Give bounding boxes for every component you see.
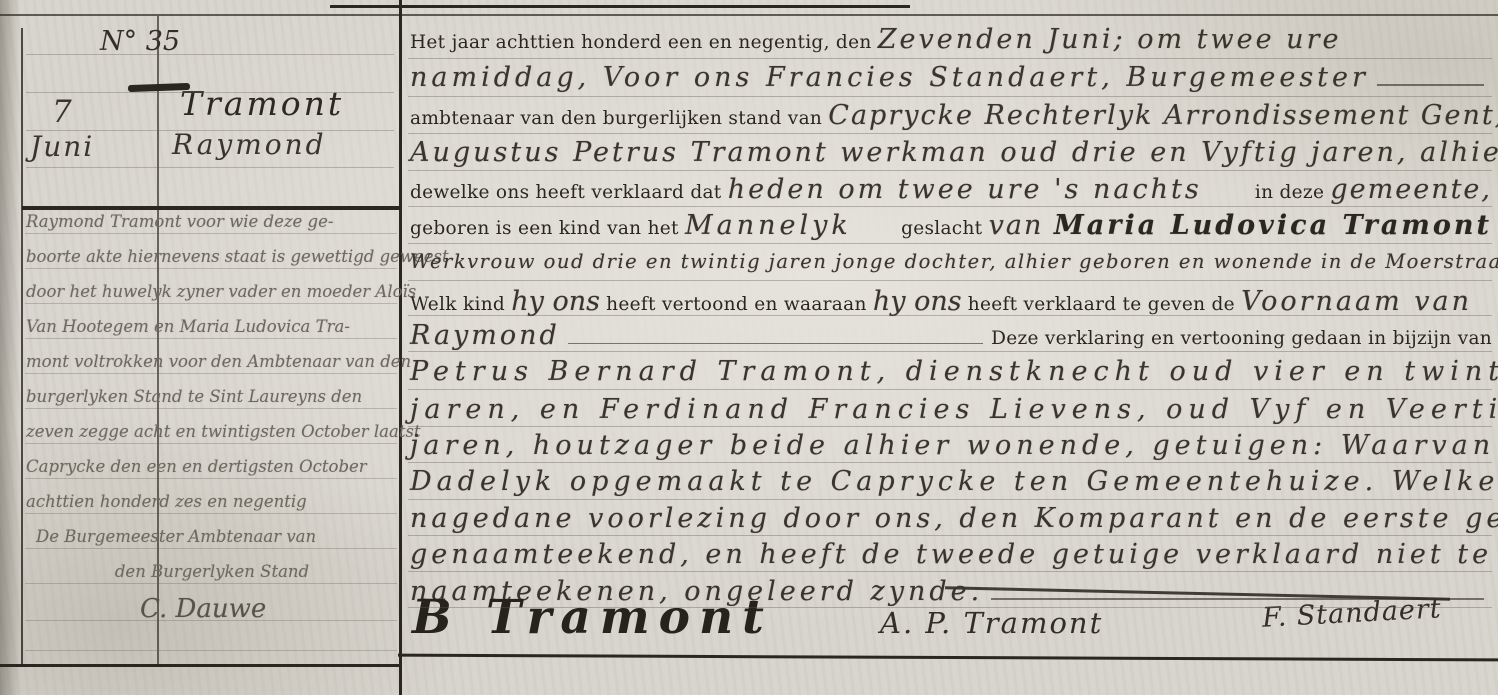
rule-line xyxy=(408,206,1492,207)
rule-line xyxy=(408,462,1492,463)
handwritten-text: van xyxy=(989,210,1054,241)
akte-surname: Tramont xyxy=(180,84,344,123)
margin-note-line: Caprycke den een en dertigsten October xyxy=(26,457,398,476)
rule-line xyxy=(408,426,1492,427)
margin-note-line: Van Hootegem en Maria Ludovica Tra- xyxy=(26,317,398,336)
printed-text: geslacht xyxy=(901,218,989,239)
margin-note-line: De Burgemeester Ambtenaar van xyxy=(36,527,408,546)
rule-line xyxy=(25,233,397,234)
akte-day: 7 xyxy=(52,94,72,130)
signature-witness: A. P. Tramont xyxy=(880,606,1103,640)
margin-note-line: burgerlyken Stand te Sint Laureyns den xyxy=(26,387,398,406)
rule-line xyxy=(26,92,394,93)
handwritten-text: Zevenden Juni; om twee ure xyxy=(878,24,1342,55)
handwritten-text: heden om twee ure 's nachts xyxy=(728,174,1202,205)
body-line: nagedane voorlezing door ons, den Kompar… xyxy=(410,503,1492,534)
printed-text: heeft verklaard te geven de xyxy=(962,294,1241,315)
margin-note-line: mont voltrokken voor den Ambtenaar van d… xyxy=(26,352,398,371)
body-line: jaren, houtzager beide alhier wonende, g… xyxy=(410,430,1492,461)
printed-text: Het jaar achttien honderd een en negenti… xyxy=(410,32,878,53)
body-line: ambtenaar van den burgerlijken stand van… xyxy=(410,100,1492,131)
birth-record-scan: N° 35 7 Juni Tramont Raymond Raymond Tra… xyxy=(0,0,1498,695)
handwritten-text: genaamteekend, en heeft de tweede getuig… xyxy=(410,539,1498,570)
rule-line xyxy=(25,583,397,584)
rule-line xyxy=(25,650,397,651)
rule-line xyxy=(408,499,1492,500)
printed-text: ambtenaar van den burgerlijken stand van xyxy=(410,108,828,129)
rule-line xyxy=(25,373,397,374)
rule-line xyxy=(26,167,394,168)
left-column-heavy-rule xyxy=(22,206,399,210)
rule-line xyxy=(25,338,397,339)
rule-line xyxy=(25,548,397,549)
rule-line xyxy=(408,243,1492,244)
handwritten-text: Caprycke Rechterlyk Arrondissement Gent, xyxy=(828,100,1498,131)
body-line: RaymondDeze verklaring en vertooning ged… xyxy=(410,320,1492,351)
rule-line xyxy=(26,54,394,55)
rule-line xyxy=(408,535,1492,536)
handwritten-text: jaren, houtzager beide alhier wonende, g… xyxy=(410,430,1498,461)
printed-text: Welk kind xyxy=(410,294,511,315)
signature-declarant: B Tramont xyxy=(412,590,773,645)
margin-note-line: den Burgerlyken Stand xyxy=(26,562,398,581)
akte-number: N° 35 xyxy=(100,26,180,57)
handwritten-text: nagedane voorlezing door ons, den Kompar… xyxy=(410,503,1498,534)
top-border-heavy xyxy=(330,5,910,8)
rule-line xyxy=(408,571,1492,572)
handwritten-text: Petrus Bernard Tramont, dienstknecht oud… xyxy=(410,356,1498,387)
blank-stroke xyxy=(1377,84,1484,86)
rule-line xyxy=(408,315,1492,316)
top-border-thin xyxy=(0,14,1498,16)
rule-line xyxy=(25,408,397,409)
printed-text: Deze verklaring en vertooning gedaan in … xyxy=(991,328,1492,349)
rule-line xyxy=(408,389,1492,390)
handwritten-text: Voornaam van xyxy=(1241,286,1472,317)
left-border xyxy=(21,28,23,664)
margin-note-line: Raymond Tramont voor wie deze ge- xyxy=(26,212,398,231)
bottom-border-left xyxy=(0,664,399,667)
rule-line xyxy=(408,351,1492,352)
column-divider xyxy=(399,0,402,695)
handwritten-text: namiddag, Voor ons Francies Standaert, B… xyxy=(410,62,1369,93)
body-line: jaren, en Ferdinand Francies Lievens, ou… xyxy=(410,394,1492,425)
body-line: Augustus Petrus Tramont werkman oud drie… xyxy=(410,137,1492,168)
blank-stroke xyxy=(568,343,983,344)
rule-line xyxy=(25,303,397,304)
body-line: genaamteekend, en heeft de tweede getuig… xyxy=(410,539,1492,570)
handwritten-text: jaren, en Ferdinand Francies Lievens, ou… xyxy=(410,394,1498,425)
body-line: Welk kind hy ons heeft vertoond en waara… xyxy=(410,286,1492,317)
rule-line xyxy=(408,133,1492,134)
body-line: Petrus Bernard Tramont, dienstknecht oud… xyxy=(410,356,1492,387)
printed-text: dewelke ons heeft verklaard dat xyxy=(410,182,728,203)
handwritten-text: hy ons xyxy=(511,286,600,317)
handwritten-text: Maria Ludovica Tramont xyxy=(1054,210,1492,241)
handwritten-text: Dadelyk opgemaakt te Caprycke ten Gemeen… xyxy=(410,466,1498,497)
rule-line xyxy=(25,513,397,514)
body-line: Dadelyk opgemaakt te Caprycke ten Gemeen… xyxy=(410,466,1492,497)
body-line: namiddag, Voor ons Francies Standaert, B… xyxy=(410,62,1492,93)
margin-note-line: boorte akte hiernevens staat is gewettig… xyxy=(26,247,398,266)
body-line: dewelke ons heeft verklaard dat heden om… xyxy=(410,174,1492,205)
handwritten-text: Werkvrouw oud drie en twintig jaren jong… xyxy=(410,250,1498,273)
body-line: Het jaar achttien honderd een en negenti… xyxy=(410,24,1492,55)
rule-line xyxy=(25,620,397,621)
printed-text: heeft vertoond en waaraan xyxy=(600,294,873,315)
akte-month: Juni xyxy=(30,130,94,163)
handwritten-text: Mannelyk xyxy=(685,210,852,241)
margin-note-line: door het huwelyk zyner vader en moeder A… xyxy=(26,282,398,301)
akte-given-name: Raymond xyxy=(172,128,327,161)
handwritten-text: Augustus Petrus Tramont werkman oud drie… xyxy=(410,137,1498,168)
body-line: geboren is een kind van het Mannelykgesl… xyxy=(410,210,1492,241)
printed-text: in deze xyxy=(1255,182,1330,203)
handwritten-text: hy ons xyxy=(873,286,962,317)
margin-note-line: achttien honderd zes en negentig xyxy=(26,492,398,511)
rule-line xyxy=(25,443,397,444)
rule-line xyxy=(408,58,1492,59)
handwritten-text: Raymond xyxy=(410,320,560,351)
rule-line xyxy=(26,130,394,131)
rule-line xyxy=(25,268,397,269)
body-line: Werkvrouw oud drie en twintig jaren jong… xyxy=(410,250,1492,273)
printed-text: geboren is een kind van het xyxy=(410,218,685,239)
rule-line xyxy=(408,96,1492,97)
bottom-border-main xyxy=(398,654,1498,662)
margin-note-line: zeven zegge acht en twintigsten October … xyxy=(26,422,398,441)
handwritten-text: gemeente, xyxy=(1330,174,1492,205)
rule-line xyxy=(408,607,1492,608)
rule-line xyxy=(25,478,397,479)
rule-line xyxy=(408,280,1492,281)
rule-line xyxy=(408,170,1492,171)
